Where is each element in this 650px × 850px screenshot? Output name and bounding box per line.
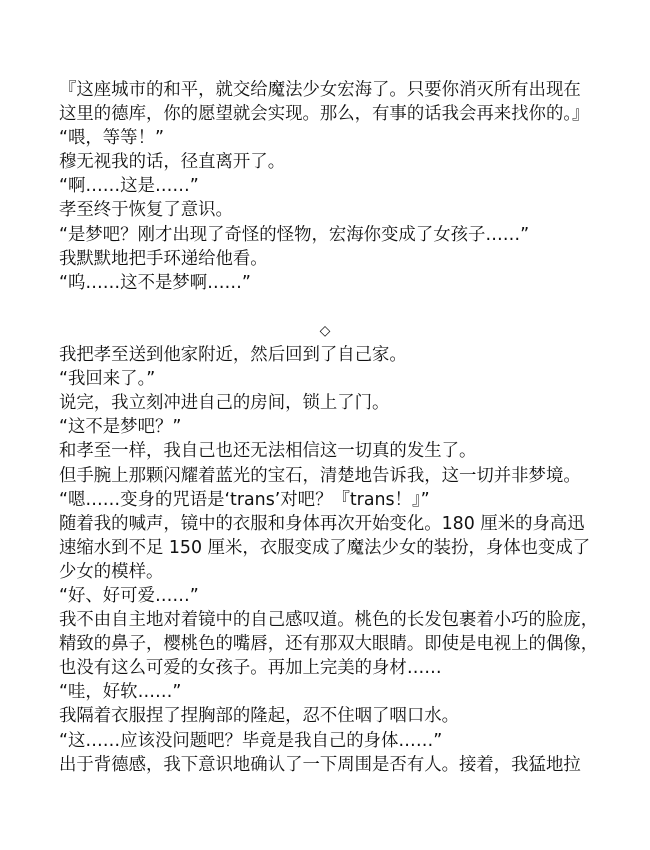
- text-line: 我把孝至送到他家附近，然后回到了自己家。: [59, 343, 619, 367]
- text-line: “呜……这不是梦啊……”: [59, 271, 619, 295]
- text-line: 速缩水到不足 150 厘米，衣服变成了魔法少女的装扮，身体也变成了: [59, 536, 619, 560]
- text-line: 和孝至一样，我自己也还无法相信这一切真的发生了。: [59, 439, 619, 463]
- text-line: “嗯……变身的咒语是‘trans’对吧？『trans！』”: [59, 488, 619, 512]
- text-line: 『这座城市的和平，就交给魔法少女宏海了。只要你消灭所有出现在: [59, 78, 619, 102]
- text-line: 随着我的喊声，镜中的衣服和身体再次开始变化。180 厘米的身高迅: [59, 512, 619, 536]
- text-line: 这里的德库，你的愿望就会实现。那么，有事的话我会再来找你的。』: [59, 102, 619, 126]
- text-line: 说完，我立刻冲进自己的房间，锁上了门。: [59, 391, 619, 415]
- text-line: “啊……这是……”: [59, 174, 619, 198]
- text-line: 我隔着衣服捏了捏胸部的隆起，忍不住咽了咽口水。: [59, 704, 619, 728]
- text-line: “哇，好软……”: [59, 680, 619, 704]
- text-line: “我回来了。”: [59, 367, 619, 391]
- text-line: “是梦吧？刚才出现了奇怪的怪物，宏海你变成了女孩子……”: [59, 223, 619, 247]
- text-line: “这……应该没问题吧？毕竟是我自己的身体……”: [59, 729, 619, 753]
- text-line: 我不由自主地对着镜中的自己感叹道。桃色的长发包裹着小巧的脸庞，: [59, 608, 619, 632]
- text-line: “好、好可爱……”: [59, 584, 619, 608]
- text-line: 孝至终于恢复了意识。: [59, 198, 619, 222]
- document-page: 『这座城市的和平，就交给魔法少女宏海了。只要你消灭所有出现在 这里的德库，你的愿…: [59, 78, 619, 777]
- blank-line: [59, 295, 619, 319]
- text-line: 精致的鼻子，樱桃色的嘴唇，还有那双大眼睛。即使是电视上的偶像，: [59, 632, 619, 656]
- text-line: 但手腕上那颗闪耀着蓝光的宝石，清楚地告诉我，这一切并非梦境。: [59, 464, 619, 488]
- text-line: 我默默地把手环递给他看。: [59, 247, 619, 271]
- text-line: “这不是梦吧？”: [59, 415, 619, 439]
- text-line: 穆无视我的话，径直离开了。: [59, 150, 619, 174]
- text-line: 出于背德感，我下意识地确认了一下周围是否有人。接着，我猛地拉: [59, 753, 619, 777]
- section-separator-diamond-icon: ◇: [59, 319, 591, 343]
- text-line: “喂，等等！”: [59, 126, 619, 150]
- text-line: 少女的模样。: [59, 560, 619, 584]
- text-line: 也没有这么可爱的女孩子。再加上完美的身材……: [59, 656, 619, 680]
